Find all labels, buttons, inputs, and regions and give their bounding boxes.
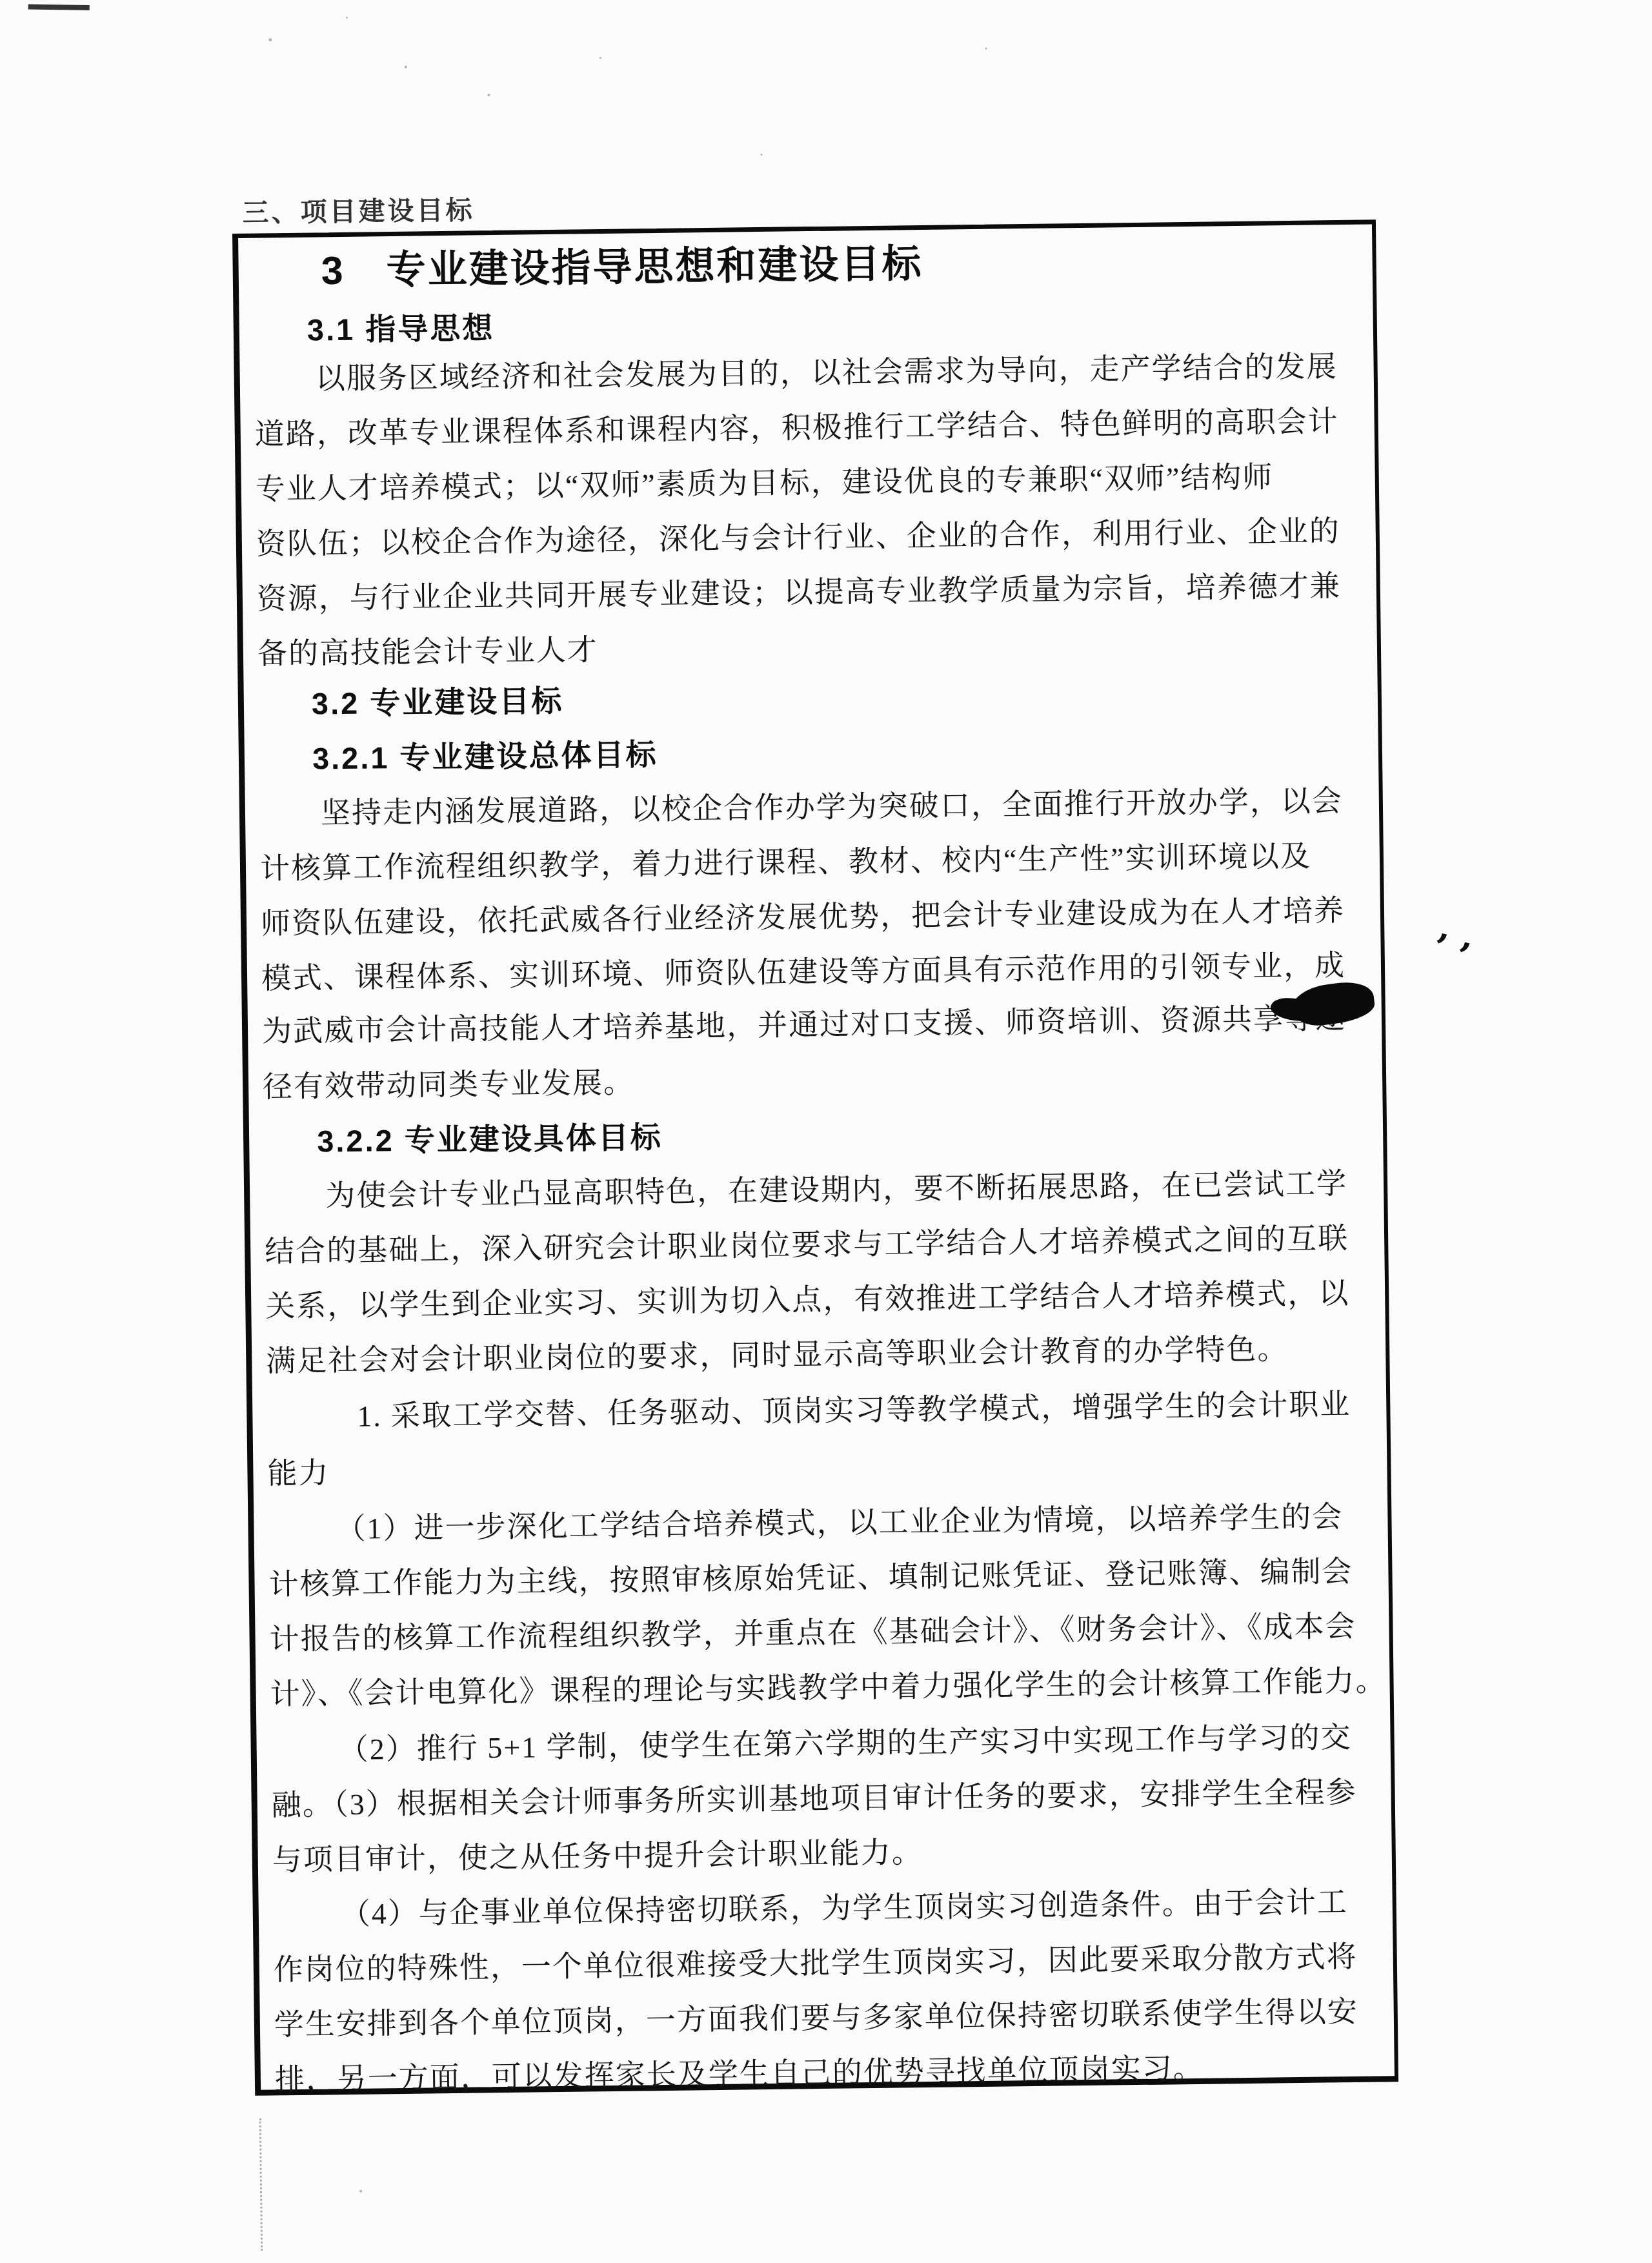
handwritten-tick-icon: ’ xyxy=(1429,928,1451,968)
doc-line: 径有效带动同类专业发展。 xyxy=(263,1065,635,1104)
scan-speck xyxy=(487,94,490,96)
doc-line: 师资队伍建设，依托武威各行业经济发展优势，把会计专业建设成为在人才培养 xyxy=(261,893,1345,942)
doc-line: 融。（3）根据相关会计师事务所实训基地项目审计任务的要求，安排学生全程参 xyxy=(271,1775,1357,1823)
section-heading: 3.1 指导思想 xyxy=(307,310,495,348)
doc-line: 计》、《会计电算化》课程的理论与实践教学中着力强化学生的会计核算工作能力。 xyxy=(270,1663,1387,1712)
scan-speck xyxy=(761,154,763,156)
doc-line: 专业人才培养模式；以“双师”素质为目标，建设优良的专兼职“双师”结构师 xyxy=(256,460,1274,507)
doc-line: 结合的基础上，深入研究会计职业岗位要求与工学结合人才培养模式之间的互联 xyxy=(265,1221,1349,1270)
section-label: 三、项目建设目标 xyxy=(242,196,475,227)
doc-line: 坚持走内涵发展道路，以校企合作办学为突破口，全面推行开放办学，以会 xyxy=(321,784,1344,831)
doc-line: 备的高技能会计专业人才 xyxy=(257,633,599,672)
scan-speck xyxy=(268,38,272,41)
section-heading: 3.2.1 专业建设总体目标 xyxy=(312,737,658,776)
doc-line: 排，另一方面，可以发挥家长及学生自己的优势寻找单位顶岗实习。 xyxy=(275,2051,1205,2098)
doc-line: 为武威市会计高技能人才培养基地，并通过对口支援、师资培训、资源共享等途 xyxy=(262,1001,1347,1050)
scan-speck xyxy=(985,48,987,50)
doc-line: 道路，改革专业课程体系和课程内容，积极推行工学结合、特色鲜明的高职会计 xyxy=(254,404,1339,452)
doc-line: 作岗位的特殊性，一个单位很难接受大批学生顶岗实习，因此要采取分散方式将 xyxy=(274,1940,1358,1988)
doc-line: （4）与企事业单位保持密切联系，为学生顶岗实习创造条件。由于会计工 xyxy=(340,1885,1348,1932)
doc-line: 学生安排到各个单位顶岗，一方面我们要与多家单位保持密切联系使学生得以安 xyxy=(274,1994,1359,2043)
doc-line: 以服务区域经济和社会发展为目的，以社会需求为导向，走产学结合的发展 xyxy=(315,349,1338,397)
doc-line: 1. 采取工学交替、任务驱动、顶岗实习等教学模式，增强学生的会计职业 xyxy=(357,1387,1351,1434)
document-cell: 3 专业建设指导思想和建设目标 3.1 指导思想 以服务区域经济和社会发展为目的… xyxy=(232,219,1398,2095)
handwritten-tick-icon: ’ xyxy=(1452,937,1473,976)
doc-line: 与项目审计，使之从任务中提升会计职业能力。 xyxy=(272,1835,923,1878)
scan-speck xyxy=(359,2190,362,2193)
doc-line: 满足社会对会计职业岗位的要求，同时显示高等职业会计教育的办学特色。 xyxy=(266,1332,1289,1379)
doc-line: 能力 xyxy=(267,1456,330,1491)
doc-line: （2）推行 5+1 学制，使学生在第六学期的生产实习中实现工作与学习的交 xyxy=(338,1720,1351,1767)
doc-line: 为使会计专业凸显高职特色，在建设期内，要不断拓展思路，在已尝试工学 xyxy=(325,1166,1348,1214)
doc-line: 关系，以学生到企业实习、实训为切入点，有效推进工学结合人才培养模式，以 xyxy=(265,1276,1350,1324)
scan-speck xyxy=(346,17,348,19)
doc-line: 模式、课程体系、实训环境、师资队伍建设等方面具有示范作用的引领专业，成 xyxy=(261,948,1346,997)
scan-artifact-dotted-line xyxy=(259,2118,263,2251)
doc-line: 计核算工作能力为主线，按照审核原始凭证、填制记账凭证、登记账簿、编制会 xyxy=(268,1554,1353,1603)
page-title: 3 专业建设指导思想和建设目标 xyxy=(321,242,923,292)
doc-line: 资源，与行业企业共同开展专业建设；以提高专业教学质量为宗旨，培养德才兼 xyxy=(257,569,1342,617)
doc-line: 计报告的核算工作流程组织教学，并重点在《基础会计》、《财务会计》、《成本会 xyxy=(269,1609,1356,1658)
doc-line: 资队伍；以校企合作为途径，深化与会计行业、企业的合作，利用行业、企业的 xyxy=(256,514,1341,562)
section-heading: 3.2.2 专业建设具体目标 xyxy=(317,1120,663,1159)
section-heading: 3.2 专业建设目标 xyxy=(312,684,564,722)
scan-speck xyxy=(405,66,407,68)
doc-line: 计核算工作流程组织教学，着力进行课程、教材、校内“生产性”实训环境以及 xyxy=(260,839,1311,887)
scanned-page: 三、项目建设目标 ’ ’ 3 专业建设指导思想和建设目标 3.1 指导思想 以服… xyxy=(0,0,1652,2263)
doc-line: （1）进一步深化工学结合培养模式，以工业企业为情境，以培养学生的会 xyxy=(336,1499,1344,1547)
scan-speck xyxy=(599,57,601,59)
scan-artifact-dash xyxy=(28,5,90,10)
